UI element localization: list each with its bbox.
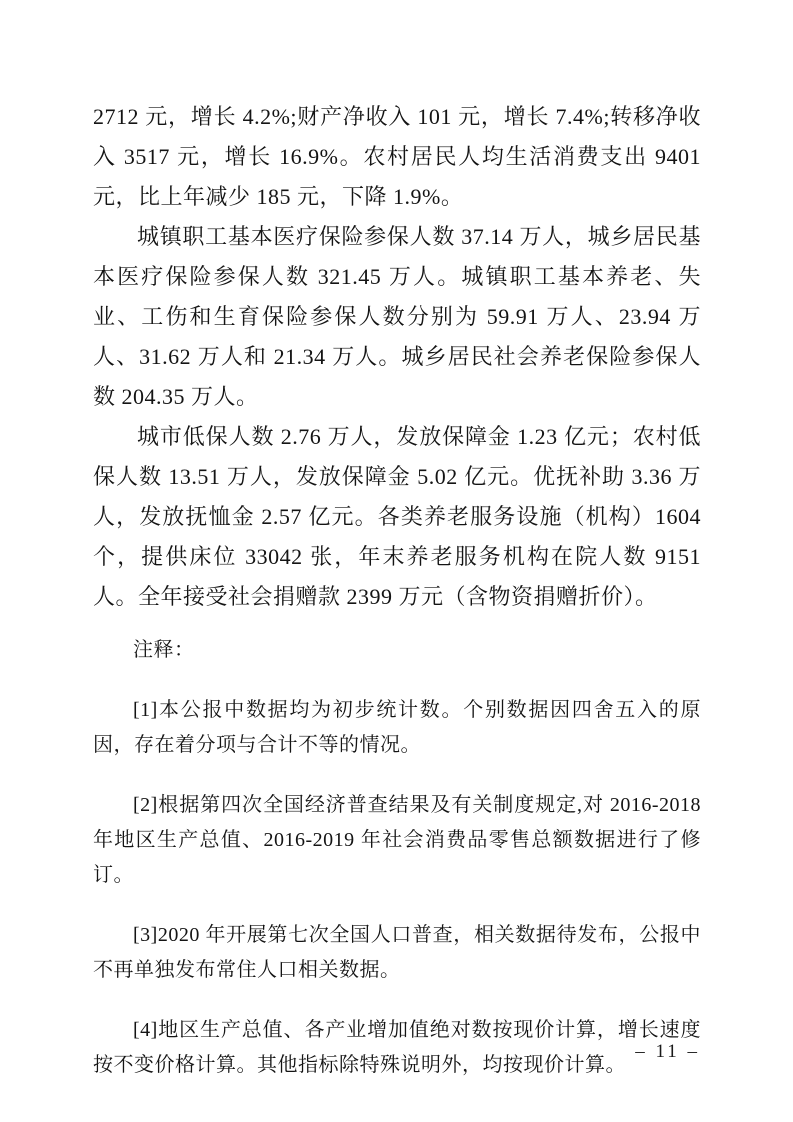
body-paragraph-2: 城镇职工基本医疗保险参保人数 37.14 万人，城乡居民基本医疗保险参保人数 3… bbox=[93, 217, 701, 417]
page-content: 2712 元，增长 4.2%;财产净收入 101 元，增长 7.4%;转移净收入… bbox=[93, 97, 701, 1083]
note-item-1: [1]本公报中数据均为初步统计数。个别数据因四舍五入的原因，存在着分项与合计不等… bbox=[93, 693, 701, 763]
body-paragraph-1: 2712 元，增长 4.2%;财产净收入 101 元，增长 7.4%;转移净收入… bbox=[93, 97, 701, 217]
note-item-3: [3]2020 年开展第七次全国人口普查，相关数据待发布，公报中不再单独发布常住… bbox=[93, 918, 701, 988]
page-number: – 11 – bbox=[635, 1041, 700, 1063]
document-page: 2712 元，增长 4.2%;财产净收入 101 元，增长 7.4%;转移净收入… bbox=[0, 0, 793, 1122]
note-item-2: [2]根据第四次全国经济普查结果及有关制度规定,对 2016-2018 年地区生… bbox=[93, 788, 701, 893]
notes-heading: 注释： bbox=[93, 633, 701, 668]
note-item-4: [4]地区生产总值、各产业增加值绝对数按现价计算，增长速度按不变价格计算。其他指… bbox=[93, 1013, 701, 1083]
body-paragraph-3: 城市低保人数 2.76 万人，发放保障金 1.23 亿元；农村低保人数 13.5… bbox=[93, 417, 701, 617]
notes-section: 注释： [1]本公报中数据均为初步统计数。个别数据因四舍五入的原因，存在着分项与… bbox=[93, 633, 701, 1083]
